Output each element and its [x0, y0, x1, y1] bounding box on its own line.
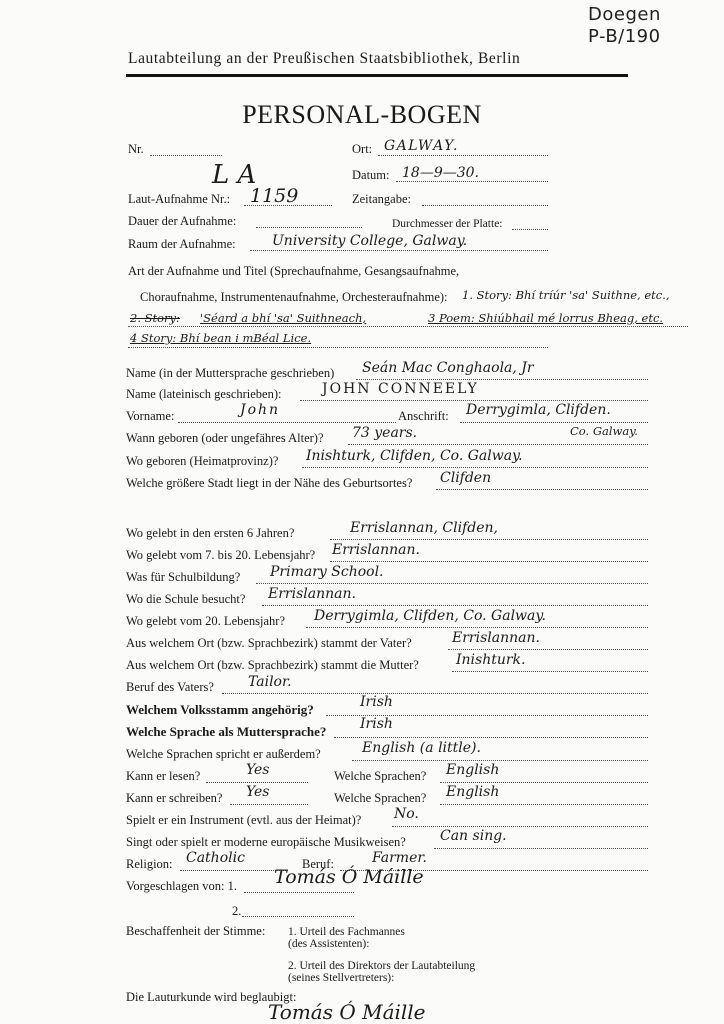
vorname-value: John	[240, 402, 280, 418]
schreiben-sprachen-field[interactable]	[440, 804, 648, 805]
religion-field[interactable]	[180, 870, 288, 871]
lesen-label: Kann er lesen?	[126, 769, 200, 784]
schreiben-sprachen-value: English	[446, 784, 499, 800]
ausserdem-field[interactable]	[352, 760, 648, 761]
geboren-wann-label: Wann geboren (oder ungefähres Alter)?	[126, 431, 324, 446]
raum-value: University College, Galway.	[272, 233, 467, 249]
raum-field[interactable]	[250, 250, 548, 251]
geboren-wann-field[interactable]	[348, 444, 648, 445]
vorname-field[interactable]	[178, 422, 396, 423]
beruf-vater-value: Tailor.	[248, 674, 292, 690]
name-latein-field[interactable]	[300, 400, 648, 401]
laut-aufnahme-value: 1159	[250, 185, 298, 207]
schreiben-value: Yes	[246, 784, 270, 800]
religion-label: Religion:	[126, 857, 173, 872]
beruf-value: Farmer.	[372, 850, 427, 866]
vorname-label: Vorname:	[126, 409, 174, 424]
beruf-vater-label: Beruf des Vaters?	[126, 680, 214, 695]
geboren-wo-value: Inishturk, Clifden, Co. Galway.	[306, 448, 523, 464]
archive-note-line-1: Doegen	[588, 4, 678, 26]
anschrift-label: Anschrift:	[398, 409, 449, 424]
art-entry-2: 'Séard a bhí 'sa' Suithneach,	[200, 311, 366, 325]
instrument-value: No.	[394, 806, 419, 822]
geboren-wo-label: Wo geboren (Heimatprovinz)?	[126, 454, 278, 469]
header-rule	[126, 74, 628, 77]
art-entry-1: 1. Story: Bhí tríúr 'sa' Suithne, etc.,	[462, 288, 670, 302]
archive-reference-note: Doegen P-B/190	[588, 4, 678, 48]
instrument-label: Spielt er ein Instrument (evtl. aus der …	[126, 813, 361, 828]
musik-field[interactable]	[434, 848, 648, 849]
datum-value: 18—9—30.	[402, 165, 479, 181]
erste-6-jahre-value: Errislannan, Clifden,	[350, 520, 498, 536]
ab-20-field[interactable]	[306, 627, 648, 628]
volksstamm-value: Irish	[360, 694, 393, 710]
schulbildung-label: Was für Schulbildung?	[126, 570, 240, 585]
personal-bogen-form: Doegen P-B/190 Lautabteilung an der Preu…	[0, 0, 724, 1024]
ort-value: GALWAY.	[384, 138, 459, 154]
anschrift-field[interactable]	[460, 422, 648, 423]
vater-ort-field[interactable]	[448, 649, 648, 650]
signature: Tomás Ó Máille	[268, 1000, 426, 1024]
art-entry-4: 4 Story: Bhí bean i mBéal Lice.	[130, 331, 311, 345]
vorgeschlagen-1-value: Tomás Ó Máille	[274, 866, 424, 888]
art-field-line2[interactable]	[128, 326, 688, 327]
mutter-ort-field[interactable]	[452, 671, 648, 672]
schulbildung-field[interactable]	[256, 583, 648, 584]
lesen-value: Yes	[246, 762, 270, 778]
zeitangabe-label: Zeitangabe:	[352, 192, 411, 207]
vater-ort-value: Errislannan.	[452, 630, 540, 646]
schreiben-label: Kann er schreiben?	[126, 791, 222, 806]
institution-header: Lautabteilung an der Preußischen Staatsb…	[128, 50, 628, 68]
geboren-wo-field[interactable]	[302, 467, 648, 468]
muttersprache-value: Irish	[360, 716, 393, 732]
lesen-sprachen-value: English	[446, 762, 499, 778]
zeitangabe-field[interactable]	[422, 205, 548, 206]
name-mutter-value: Seán Mac Conghaola, Jr	[362, 360, 534, 376]
name-latein-label: Name (lateinisch geschrieben):	[126, 387, 282, 402]
jahre-7-20-label: Wo gelebt vom 7. bis 20. Lebensjahr?	[126, 548, 315, 563]
ausserdem-value: English (a little).	[362, 740, 481, 756]
ort-label: Ort:	[352, 142, 372, 157]
ab-20-label: Wo gelebt vom 20. Lebensjahr?	[126, 614, 285, 629]
lesen-sprachen-label: Welche Sprachen?	[334, 769, 426, 784]
volksstamm-label: Welchem Volksstamm angehörig?	[126, 702, 314, 718]
groessere-stadt-label: Welche größere Stadt liegt in der Nähe d…	[126, 476, 412, 491]
beruf-vater-field[interactable]	[222, 693, 648, 694]
lesen-field[interactable]	[206, 782, 308, 783]
schule-field[interactable]	[262, 605, 648, 606]
stimme-label: Beschaffenheit der Stimme:	[126, 924, 265, 939]
archive-note-line-2: P-B/190	[588, 26, 678, 48]
art-entry-3: 3 Poem: Shiúbhail mé lorrus Bheag, etc.	[428, 311, 663, 325]
raum-label: Raum der Aufnahme:	[128, 237, 236, 252]
ab-20-value: Derrygimla, Clifden, Co. Galway.	[314, 608, 546, 624]
art-label-line1: Art der Aufnahme und Titel (Sprechaufnah…	[128, 264, 459, 279]
urteil-2-line-2: (seines Stellvertreters):	[288, 972, 394, 984]
schreiben-sprachen-label: Welche Sprachen?	[334, 791, 426, 806]
groessere-stadt-value: Clifden	[440, 470, 491, 486]
urteil-2-line-1: 2. Urteil des Direktors der Lautabteilun…	[288, 960, 475, 972]
schule-label: Wo die Schule besucht?	[126, 592, 245, 607]
ort-field[interactable]	[378, 155, 548, 156]
erste-6-jahre-label: Wo gelebt in den ersten 6 Jahren?	[126, 526, 294, 541]
dauer-label: Dauer der Aufnahme:	[128, 214, 236, 229]
musik-label: Singt oder spielt er moderne europäische…	[126, 835, 406, 850]
groessere-stadt-field[interactable]	[436, 489, 648, 490]
vorgeschlagen-label: Vorgeschlagen von: 1.	[126, 879, 237, 894]
page-title: PERSONAL-BOGEN	[0, 100, 724, 130]
mutter-ort-label: Aus welchem Ort (bzw. Sprachbezirk) stam…	[126, 658, 419, 673]
vater-ort-label: Aus welchem Ort (bzw. Sprachbezirk) stam…	[126, 636, 412, 651]
name-latein-value: JOHN CONNEELY	[322, 381, 479, 397]
muttersprache-field[interactable]	[334, 737, 648, 738]
name-mutter-label: Name (in der Muttersprache geschrieben)	[126, 366, 334, 381]
lesen-sprachen-field[interactable]	[440, 782, 648, 783]
vorgeschlagen-2-label: 2.	[232, 904, 241, 919]
erste-6-jahre-field[interactable]	[330, 539, 648, 540]
mutter-ort-value: Inishturk.	[456, 652, 526, 668]
urteil-1-line-2: (des Assistenten):	[288, 938, 369, 950]
musik-value: Can sing.	[440, 828, 507, 844]
art-entry-2-prefix: 2. Story:	[130, 311, 180, 325]
nr-field[interactable]	[150, 155, 222, 156]
urteil-1-line-1: 1. Urteil des Fachmannes	[288, 926, 405, 938]
schulbildung-value: Primary School.	[270, 564, 384, 580]
religion-value: Catholic	[186, 850, 245, 866]
durchmesser-label: Durchmesser der Platte:	[392, 218, 503, 230]
name-mutter-field[interactable]	[356, 379, 648, 380]
muttersprache-label: Welche Sprache als Muttersprache?	[126, 724, 326, 740]
laut-aufnahme-label: Laut-Aufnahme Nr.:	[128, 192, 230, 207]
datum-label: Datum:	[352, 168, 390, 183]
nr-label: Nr.	[128, 142, 144, 157]
durchmesser-field[interactable]	[512, 229, 548, 230]
vorgeschlagen-1-field[interactable]	[244, 892, 354, 893]
schule-value: Errislannan.	[268, 586, 356, 602]
jahre-7-20-field[interactable]	[330, 561, 648, 562]
dauer-field[interactable]	[256, 227, 362, 228]
schreiben-field[interactable]	[230, 804, 308, 805]
instrument-field[interactable]	[392, 826, 648, 827]
anschrift-value: Derrygimla, Clifden.	[466, 402, 611, 418]
jahre-7-20-value: Errislannan.	[332, 542, 420, 558]
datum-field[interactable]	[396, 181, 548, 182]
art-field-line3[interactable]	[128, 347, 548, 348]
art-label-line2: Choraufnahme, Instrumentenaufnahme, Orch…	[140, 290, 448, 305]
anschrift-value-2: Co. Galway.	[570, 424, 638, 438]
geboren-wann-value: 73 years.	[352, 425, 417, 441]
ausserdem-label: Welche Sprachen spricht er außerdem?	[126, 747, 321, 762]
vorgeschlagen-2-field[interactable]	[242, 916, 354, 917]
